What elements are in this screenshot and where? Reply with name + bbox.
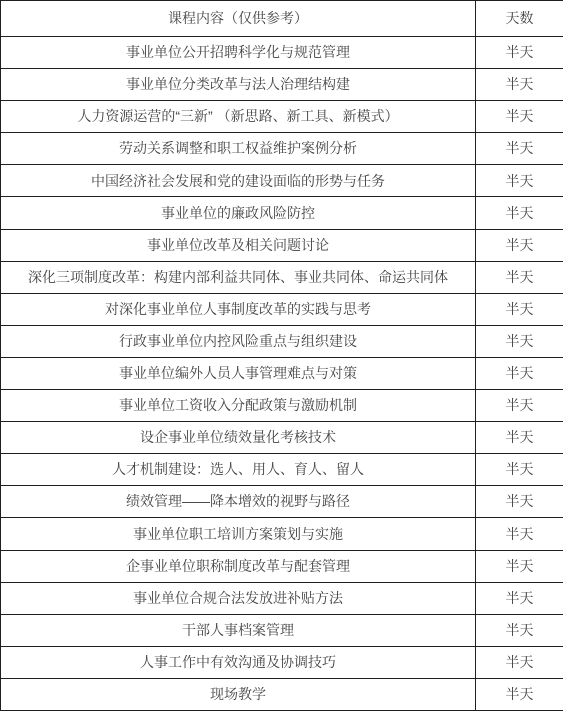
table-row: 人事工作中有效沟通及协调技巧半天 [1,646,563,678]
days-cell: 半天 [476,101,563,133]
days-cell: 半天 [476,229,563,261]
days-cell: 半天 [476,614,563,646]
table-row: 行政事业单位内控风险重点与组织建设半天 [1,325,563,357]
course-name-cell: 事业单位公开招聘科学化与规范管理 [1,37,476,69]
table-header: 课程内容（仅供参考） 天数 [1,1,563,37]
course-name-cell: 事业单位合规合法发放进补贴方法 [1,582,476,614]
days-cell: 半天 [476,261,563,293]
table-row: 事业单位公开招聘科学化与规范管理半天 [1,37,563,69]
table-row: 事业单位改革及相关问题讨论半天 [1,229,563,261]
table-row: 企事业单位职称制度改革与配套管理半天 [1,550,563,582]
course-name-cell: 深化三项制度改革：构建内部利益共同体、事业共同体、命运共同体 [1,261,476,293]
days-cell: 半天 [476,646,563,678]
days-cell: 半天 [476,165,563,197]
table-row: 设企事业单位绩效量化考核技术半天 [1,422,563,454]
column-header-days: 天数 [476,1,563,37]
table-row: 干部人事档案管理半天 [1,614,563,646]
table-row: 事业单位合规合法发放进补贴方法半天 [1,582,563,614]
table-row: 现场教学半天 [1,678,563,710]
course-name-cell: 事业单位的廉政风险防控 [1,197,476,229]
table-row: 绩效管理——降本增效的视野与路径半天 [1,486,563,518]
column-header-course-content: 课程内容（仅供参考） [1,1,476,37]
course-name-cell: 中国经济社会发展和党的建设面临的形势与任务 [1,165,476,197]
course-name-cell: 事业单位改革及相关问题讨论 [1,229,476,261]
course-name-cell: 人事工作中有效沟通及协调技巧 [1,646,476,678]
course-name-cell: 现场教学 [1,678,476,710]
days-cell: 半天 [476,357,563,389]
days-cell: 半天 [476,37,563,69]
table-row: 事业单位的廉政风险防控半天 [1,197,563,229]
course-name-cell: 事业单位工资收入分配政策与激励机制 [1,390,476,422]
days-cell: 半天 [476,69,563,101]
course-name-cell: 事业单位职工培训方案策划与实施 [1,518,476,550]
course-name-cell: 企事业单位职称制度改革与配套管理 [1,550,476,582]
course-schedule-table: 课程内容（仅供参考） 天数 事业单位公开招聘科学化与规范管理半天事业单位分类改革… [0,0,563,711]
days-cell: 半天 [476,133,563,165]
days-cell: 半天 [476,678,563,710]
course-name-cell: 行政事业单位内控风险重点与组织建设 [1,325,476,357]
course-name-cell: 人力资源运营的“三新” （新思路、新工具、新模式） [1,101,476,133]
table-row: 事业单位分类改革与法人治理结构建半天 [1,69,563,101]
course-name-cell: 对深化事业单位人事制度改革的实践与思考 [1,293,476,325]
table-row: 人才机制建设：选人、用人、育人、留人半天 [1,454,563,486]
table-row: 中国经济社会发展和党的建设面临的形势与任务半天 [1,165,563,197]
days-cell: 半天 [476,325,563,357]
course-name-cell: 干部人事档案管理 [1,614,476,646]
table-row: 事业单位职工培训方案策划与实施半天 [1,518,563,550]
table-row: 事业单位编外人员人事管理难点与对策半天 [1,357,563,389]
course-name-cell: 事业单位分类改革与法人治理结构建 [1,69,476,101]
course-name-cell: 绩效管理——降本增效的视野与路径 [1,486,476,518]
days-cell: 半天 [476,550,563,582]
course-name-cell: 设企事业单位绩效量化考核技术 [1,422,476,454]
days-cell: 半天 [476,486,563,518]
course-name-cell: 人才机制建设：选人、用人、育人、留人 [1,454,476,486]
table-row: 劳动关系调整和职工权益维护案例分析半天 [1,133,563,165]
days-cell: 半天 [476,582,563,614]
table-row: 对深化事业单位人事制度改革的实践与思考半天 [1,293,563,325]
table-row: 人力资源运营的“三新” （新思路、新工具、新模式）半天 [1,101,563,133]
table-body: 事业单位公开招聘科学化与规范管理半天事业单位分类改革与法人治理结构建半天人力资源… [1,37,563,711]
course-name-cell: 事业单位编外人员人事管理难点与对策 [1,357,476,389]
table-header-row: 课程内容（仅供参考） 天数 [1,1,563,37]
days-cell: 半天 [476,293,563,325]
days-cell: 半天 [476,197,563,229]
days-cell: 半天 [476,518,563,550]
days-cell: 半天 [476,422,563,454]
table-row: 深化三项制度改革：构建内部利益共同体、事业共同体、命运共同体半天 [1,261,563,293]
table-row: 事业单位工资收入分配政策与激励机制半天 [1,390,563,422]
days-cell: 半天 [476,390,563,422]
days-cell: 半天 [476,454,563,486]
course-name-cell: 劳动关系调整和职工权益维护案例分析 [1,133,476,165]
